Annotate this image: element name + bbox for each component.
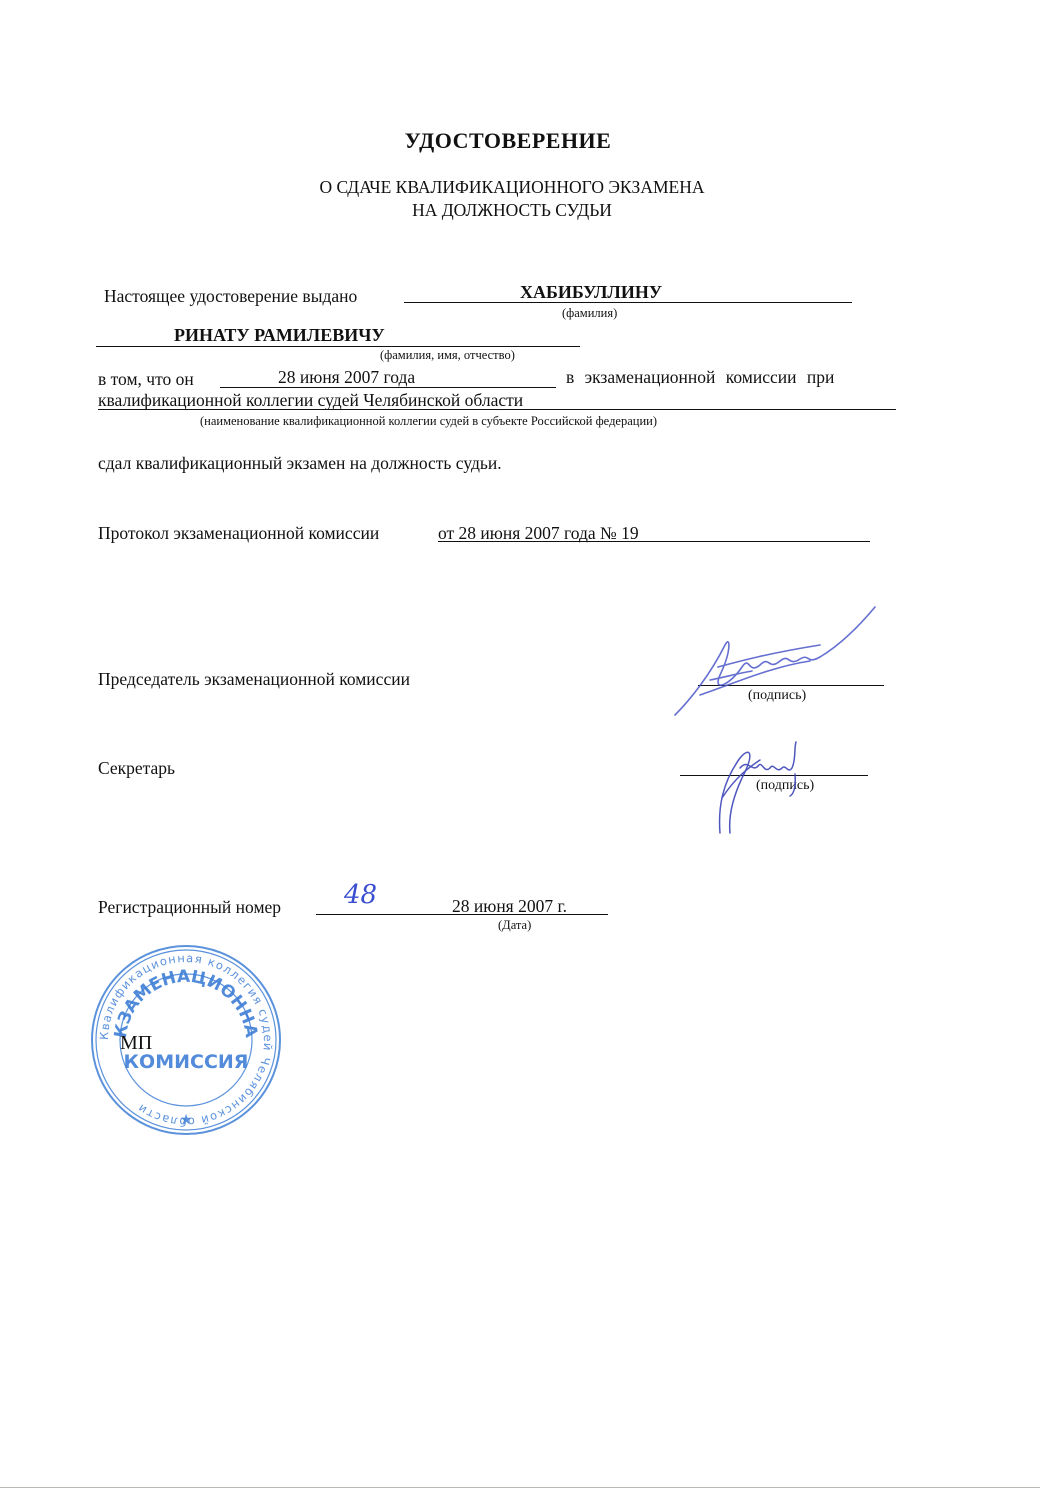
board-caption: (наименование квалификационной коллегии …: [200, 414, 657, 429]
full-name-caption: (фамилия, имя, отчество): [380, 348, 515, 363]
secretary-label: Секретарь: [98, 758, 175, 779]
registration-date-caption: (Дата): [498, 918, 531, 933]
chairman-label: Председатель экзаменационной комиссии: [98, 669, 410, 690]
protocol-value: от 28 июня 2007 года № 19: [438, 523, 639, 544]
protocol-label: Протокол экзаменационной комиссии: [98, 523, 379, 544]
full-name-underline: [96, 346, 580, 347]
stamp-place-label: МП: [120, 1032, 152, 1055]
exam-result: сдал квалификационный экзамен на должнос…: [98, 453, 502, 474]
chairman-signature-icon: [670, 605, 890, 720]
svg-text:★: ★: [180, 1113, 193, 1128]
exam-commission-text: в экзаменационной комиссии при: [566, 367, 834, 388]
issued-to-label: Настоящее удостоверение выдано: [104, 286, 357, 307]
registration-number: 48: [344, 880, 377, 910]
document-subtitle-line1: О СДАЧЕ КВАЛИФИКАЦИОННОГО ЭКЗАМЕНА: [0, 177, 1040, 198]
registration-label: Регистрационный номер: [98, 897, 281, 918]
exam-prefix: в том, что он: [98, 369, 194, 390]
document-title: УДОСТОВЕРЕНИЕ: [0, 128, 1016, 154]
stamp-icon: Квалификационная коллегия судей Челябинс…: [86, 942, 286, 1138]
surname-caption: (фамилия): [562, 306, 617, 321]
surname-value: ХАБИБУЛЛИНУ: [520, 282, 662, 303]
exam-date: 28 июня 2007 года: [278, 367, 415, 388]
registration-date: 28 июня 2007 г.: [452, 896, 567, 917]
name-patronymic-value: РИНАТУ РАМИЛЕВИЧУ: [174, 325, 385, 346]
page-edge: [0, 1487, 1040, 1488]
document-subtitle-line2: НА ДОЛЖНОСТЬ СУДЬИ: [0, 200, 1040, 221]
official-stamp: Квалификационная коллегия судей Челябинс…: [86, 942, 286, 1138]
secretary-signature-icon: [700, 738, 830, 838]
exam-board: квалификационной коллегии судей Челябинс…: [98, 390, 523, 411]
